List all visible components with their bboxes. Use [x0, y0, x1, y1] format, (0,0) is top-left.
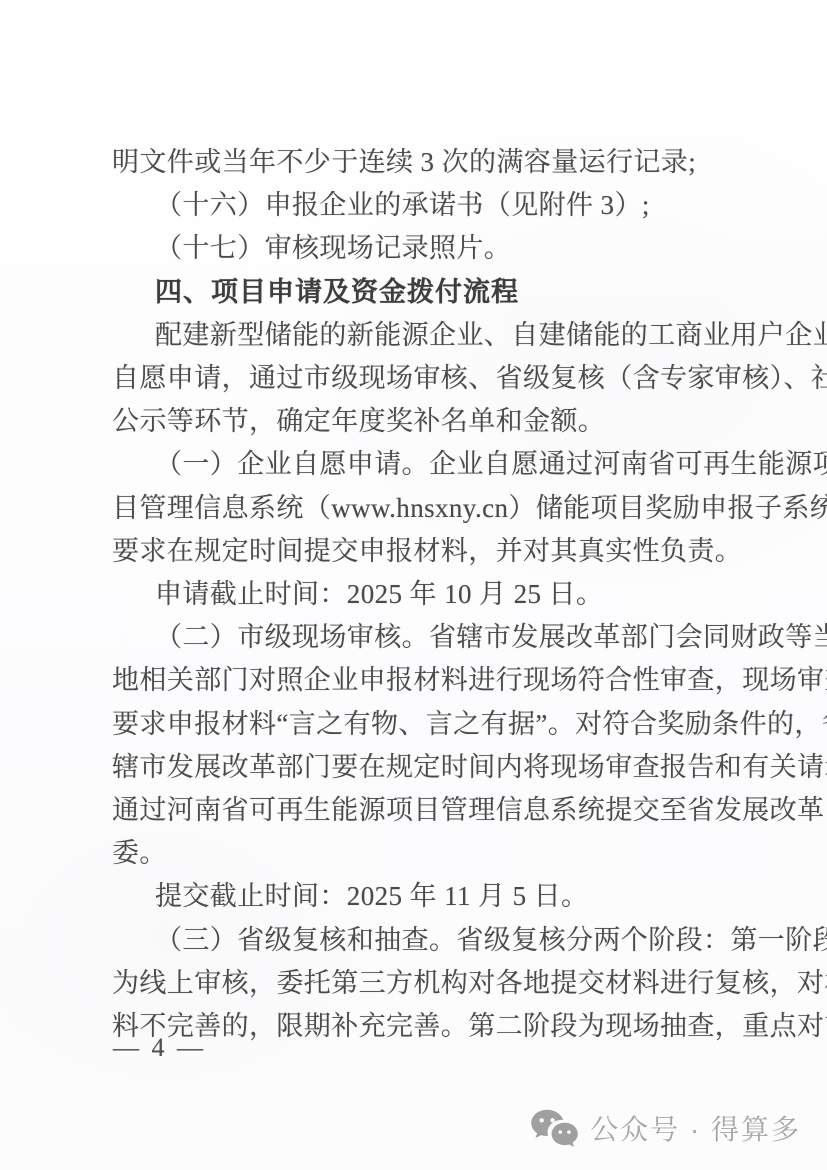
text-line: 要求在规定时间提交申报材料，并对其真实性负责。 [112, 530, 738, 573]
watermark-text: 公众号 · 得算多 [590, 1108, 801, 1148]
text-line: 申请截止时间：2025 年 10 月 25 日。 [112, 573, 738, 616]
text-line: （二）市级现场审核。省辖市发展改革部门会同财政等当 [112, 616, 738, 659]
text-line: 明文件或当年不少于连续 3 次的满容量运行记录; [112, 141, 738, 184]
text-line: （十六）申报企业的承诺书（见附件 3）; [112, 184, 738, 227]
text-line: 为线上审核，委托第三方机构对各地提交材料进行复核，对材 [112, 962, 738, 1005]
text-line: （一）企业自愿申请。企业自愿通过河南省可再生能源项 [112, 443, 738, 486]
document-body: 明文件或当年不少于连续 3 次的满容量运行记录;（十六）申报企业的承诺书（见附件… [112, 141, 738, 1048]
document-page: 明文件或当年不少于连续 3 次的满容量运行记录;（十六）申报企业的承诺书（见附件… [0, 0, 827, 1170]
text-line: 公示等环节，确定年度奖补名单和金额。 [112, 400, 738, 443]
page-number: — 4 — [113, 1033, 206, 1063]
text-line: （十七）审核现场记录照片。 [112, 227, 738, 270]
text-line: 要求申报材料“言之有物、言之有据”。对符合奖励条件的，省 [112, 703, 738, 746]
text-line: 提交截止时间：2025 年 11 月 5 日。 [112, 875, 738, 918]
section-heading: 四、项目申请及资金拨付流程 [112, 271, 738, 314]
wechat-icon [530, 1108, 578, 1148]
text-line: 地相关部门对照企业申报材料进行现场符合性审查，现场审查 [112, 659, 738, 702]
text-line: 辖市发展改革部门要在规定时间内将现场审查报告和有关请示 [112, 746, 738, 789]
text-line: 自愿申请，通过市级现场审核、省级复核（含专家审核）、社会 [112, 357, 738, 400]
text-line: 通过河南省可再生能源项目管理信息系统提交至省发展改革 [112, 789, 738, 832]
text-line: 配建新型储能的新能源企业、自建储能的工商业用户企业 [112, 314, 738, 357]
watermark: 公众号 · 得算多 [530, 1108, 801, 1148]
text-line: （三）省级复核和抽查。省级复核分两个阶段：第一阶段 [112, 919, 738, 962]
text-line: 目管理信息系统（www.hnsxny.cn）储能项目奖励申报子系统按 [112, 487, 738, 530]
text-line: 委。 [112, 832, 738, 875]
